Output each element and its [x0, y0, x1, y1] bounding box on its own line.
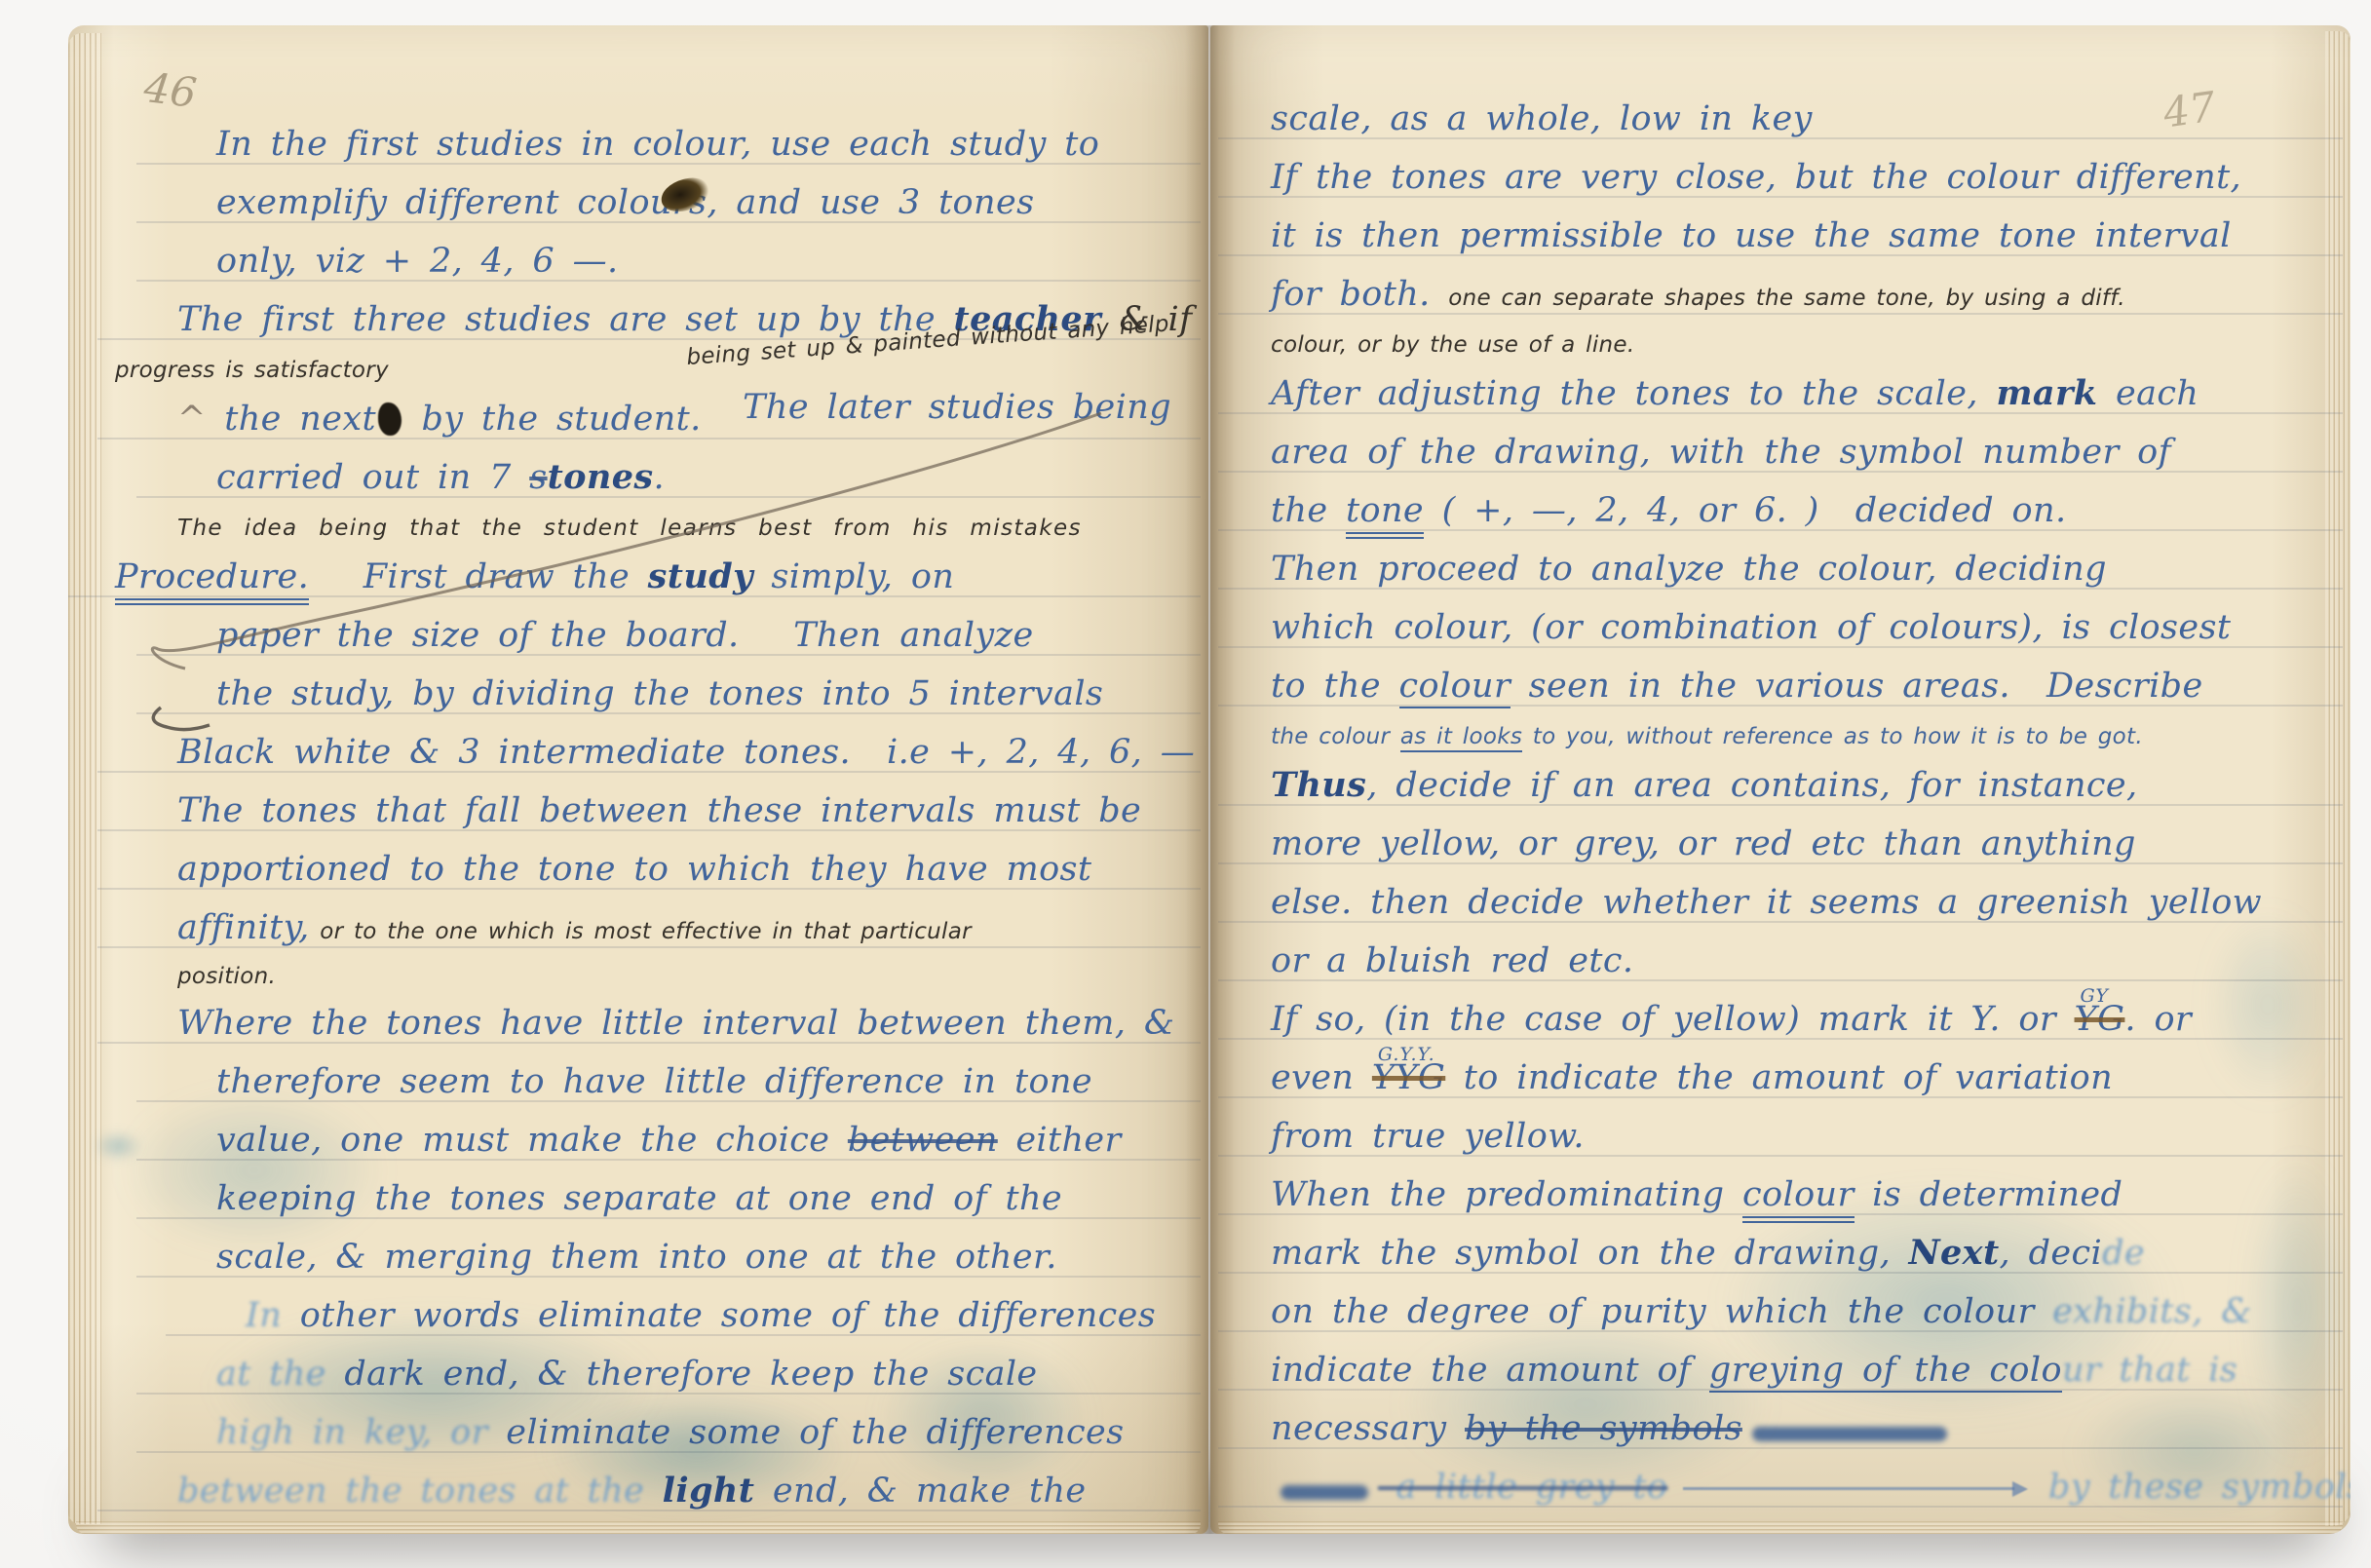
handwritten-line: the tone ( +, —, 2, 4, or 6. ) decided o… [1271, 481, 2317, 540]
handwritten-line: even G.Y.Y.YYG to indicate the amount of… [1271, 1049, 2317, 1107]
correction-text: G.Y.Y. [1378, 1025, 1435, 1084]
text-segment: either [998, 1121, 1122, 1160]
text-segment: other words eliminate some of the differ… [300, 1296, 1156, 1335]
text-segment: de [2102, 1234, 2145, 1273]
handwritten-line: After adjusting the tones to the scale, … [1271, 364, 2317, 423]
text-segment: carried out in 7 [216, 458, 529, 497]
handwritten-line: Thus, decide if an area contains, for in… [1271, 756, 2317, 815]
text-segment: area of the drawing, with the symbol num… [1271, 433, 2171, 472]
handwritten-line: for both. one can separate shapes the sa… [1271, 265, 2317, 324]
text-segment: value, one must make the choice [216, 1121, 848, 1160]
handwritten-line: paper the size of the board. Then analyz… [216, 606, 1171, 665]
handwritten-line: In the first studies in colour, use each… [216, 115, 1171, 173]
text-segment: If the tones are very close, but the col… [1271, 158, 2241, 197]
page-left: 46 In the first studies in colour, use e… [68, 25, 1208, 1534]
text-segment: ur that is [2062, 1351, 2237, 1390]
text-segment: , decide if an area contains, for instan… [1366, 766, 2137, 805]
handwritten-line: The tones that fall between these interv… [177, 782, 1171, 840]
text-segment: ^ [177, 400, 224, 439]
text-segment: affinity, [177, 908, 310, 947]
text-segment: end, & make the [754, 1472, 1086, 1511]
text-segment: When the predominating [1271, 1175, 1742, 1214]
text-segment: by the symbols [1465, 1409, 1742, 1448]
handwritten-line: therefore seem to have little difference… [216, 1052, 1171, 1111]
text-segment: from true yellow. [1271, 1117, 1585, 1156]
text-segment: , deci [2000, 1234, 2103, 1273]
handwritten-line: high in key, or eliminate some of the di… [216, 1403, 1171, 1462]
text-segment: ( +, —, 2, 4, or 6. ) decided on. [1424, 491, 2066, 530]
handwritten-line: area of the drawing, with the symbol num… [1271, 423, 2317, 481]
scribble-mark [1752, 1427, 1947, 1441]
handwritten-line: the colour as it looks to you, without r… [1271, 715, 2317, 756]
handwritten-line: mark the symbol on the drawing, Next, de… [1271, 1224, 2317, 1282]
text-segment: the study, by dividing the tones into 5 … [216, 674, 1103, 713]
notebook-spine [1185, 25, 1236, 1534]
text-segment: The later studies being [743, 378, 1171, 437]
handwritten-line: or a bluish red etc. [1271, 932, 2317, 990]
handwritten-line: colour, or by the use of a line. [1271, 324, 2317, 364]
handwritten-line: apportioned to the tone to which they ha… [177, 840, 1171, 899]
correction-text: GY [2081, 967, 2109, 1025]
handwritten-line: scale, as a whole, low in key [1271, 90, 2317, 148]
text-segment: mark [1996, 373, 2097, 413]
text-segment: dark end, & therefore keep the scale [344, 1355, 1037, 1394]
text-segment: therefore seem to have little difference… [216, 1062, 1092, 1101]
handwritten-line: from true yellow. [1271, 1107, 2317, 1166]
text-segment: each [2097, 374, 2199, 413]
handwritten-line: indicate the amount of greying of the co… [1271, 1341, 2317, 1399]
text-segment: or to the one which is most effective in… [310, 919, 972, 944]
text-segment: . or [2124, 1000, 2192, 1039]
text-segment: at the [216, 1355, 344, 1394]
page-right: 47 scale, as a whole, low in keyIf the t… [1210, 25, 2351, 1534]
text-segment: else. then decide whether it seems a gre… [1271, 883, 2262, 922]
text-segment: keeping the tones separate at one end of… [216, 1179, 1062, 1218]
handwritten-line: value, one must make the choice between … [216, 1111, 1171, 1169]
text-segment: the next [224, 400, 376, 439]
text-segment: paper the size of the board. Then analyz… [216, 616, 1034, 655]
text-segment: or a bluish red etc. [1271, 941, 1633, 980]
text-segment: one can separate shapes the same tone, b… [1448, 286, 2125, 311]
handwritten-line: at the dark end, & therefore keep the sc… [216, 1345, 1171, 1403]
text-segment: colour [1742, 1175, 1855, 1223]
photo-background: 46 In the first studies in colour, use e… [0, 0, 2371, 1568]
handwritten-line: which colour, (or combination of colours… [1271, 598, 2317, 657]
page-right-lines: scale, as a whole, low in keyIf the tone… [1210, 25, 2351, 1534]
text-segment: tone [1346, 491, 1424, 539]
text-segment: progress is satisfactory [115, 358, 389, 383]
text-segment: G.Y.Y.YYG [1372, 1049, 1445, 1107]
handwritten-line: the study, by dividing the tones into 5 … [216, 665, 1171, 723]
text-segment: the [1271, 491, 1346, 530]
text-segment: to you, without reference as to how it i… [1522, 724, 2143, 749]
text-segment: to the [1271, 667, 1399, 706]
text-segment: greying of the colo [1709, 1351, 2062, 1393]
notebook: 46 In the first studies in colour, use e… [68, 25, 2351, 1534]
text-segment: scale, as a whole, low in key [1271, 99, 1813, 138]
text-segment: on the degree of purity which the colour [1271, 1292, 2052, 1331]
text-segment: indicate the amount of [1271, 1351, 1709, 1390]
text-segment: only, viz + 2, 4, 6 —. [216, 242, 619, 281]
text-segment: GYYG [2075, 990, 2125, 1049]
arrow-mark [1683, 1487, 2014, 1490]
text-segment: In the first studies in colour, use each… [216, 125, 1099, 164]
ink-smear [378, 402, 402, 436]
handwritten-line: affinity, or to the one which is most ef… [177, 899, 1171, 957]
text-segment: eliminate some of the differences [506, 1413, 1124, 1452]
handwritten-line: If the tones are very close, but the col… [1271, 148, 2317, 207]
text-segment: exhibits, & [2052, 1292, 2252, 1331]
text-segment: Black white & 3 intermediate tones. i.e … [177, 733, 1195, 772]
text-segment: colour [1399, 667, 1511, 708]
handwritten-line: Then proceed to analyze the colour, deci… [1271, 540, 2317, 598]
text-segment: tones [548, 457, 654, 497]
text-segment: light [663, 1471, 755, 1511]
text-segment: The tones that fall between these interv… [177, 791, 1141, 830]
text-segment: to indicate the amount of variation [1445, 1058, 2113, 1097]
text-segment: . [654, 458, 666, 497]
handwritten-line: more yellow, or grey, or red etc than an… [1271, 815, 2317, 873]
text-segment: the colour [1271, 724, 1400, 749]
text-segment: by these symbols ? [2030, 1468, 2351, 1507]
handwritten-line: it is then permissible to use the same t… [1271, 207, 2317, 265]
handwritten-line: In other words eliminate some of the dif… [246, 1286, 1171, 1345]
handwritten-line: ^ the next by the student.The later stud… [177, 390, 1171, 448]
text-segment: seen in the various areas. Describe [1511, 667, 2202, 706]
text-segment: a little grey to [1378, 1468, 1667, 1507]
text-segment: necessary [1271, 1409, 1465, 1448]
text-segment: Procedure. [115, 557, 309, 605]
text-segment: it is then permissible to use the same t… [1271, 216, 2232, 255]
handwritten-line: carried out in 7 stones. [216, 448, 1171, 507]
handwritten-line: When the predominating colour is determi… [1271, 1166, 2317, 1224]
handwritten-line: else. then decide whether it seems a gre… [1271, 873, 2317, 932]
text-segment: is determined [1855, 1175, 2123, 1214]
page-left-lines: In the first studies in colour, use each… [68, 25, 1208, 1534]
text-segment: position. [177, 964, 276, 989]
text-segment: After adjusting the tones to the scale, [1271, 374, 1996, 413]
text-segment: as it looks [1400, 724, 1522, 752]
handwritten-line: Black white & 3 intermediate tones. i.e … [177, 723, 1171, 782]
text-segment: more yellow, or grey, or red etc than an… [1271, 824, 2136, 863]
text-segment: s [529, 458, 547, 497]
handwritten-line: to the colour seen in the various areas.… [1271, 657, 2317, 715]
handwritten-line: Where the tones have little interval bet… [177, 994, 1171, 1052]
text-segment: by the student. [403, 400, 702, 439]
handwritten-line: position. [177, 957, 1171, 994]
text-segment: Where the tones have little interval bet… [177, 1004, 1174, 1043]
text-segment: simply, on [753, 557, 954, 596]
text-segment: which colour, (or combination of colours… [1271, 608, 2231, 647]
handwritten-line: only, viz + 2, 4, 6 —. [216, 232, 1171, 290]
handwritten-line: keeping the tones separate at one end of… [216, 1169, 1171, 1228]
text-segment: The idea being that the student learns b… [177, 516, 1082, 541]
text-segment: Then proceed to analyze the colour, deci… [1271, 550, 2107, 589]
text-segment: for both. [1271, 275, 1448, 314]
handwritten-line: a little grey to by these symbols ? [1271, 1458, 2317, 1516]
handwritten-line: scale, & merging them into one at the ot… [216, 1228, 1171, 1286]
text-segment: high in key, or [216, 1413, 506, 1452]
text-segment: between [848, 1121, 998, 1160]
text-segment: mark the symbol on the drawing, [1271, 1234, 1909, 1273]
text-segment: First draw the [309, 557, 647, 596]
handwritten-line: The idea being that the student learns b… [177, 507, 1171, 548]
scribble-mark [1281, 1485, 1368, 1500]
text-segment: Thus [1271, 765, 1366, 805]
text-segment: exemplify different colours, and use 3 t… [216, 183, 1034, 222]
text-segment: study [648, 556, 753, 596]
text-segment: even [1271, 1058, 1372, 1097]
text-segment: Next [1909, 1233, 2000, 1273]
text-segment: In [246, 1296, 300, 1335]
handwritten-line: on the degree of purity which the colour… [1271, 1282, 2317, 1341]
text-segment: scale, & merging them into one at the ot… [216, 1238, 1057, 1277]
text-segment: apportioned to the tone to which they ha… [177, 850, 1091, 889]
text-segment: between the tones at the [177, 1472, 663, 1511]
handwritten-line: Procedure. First draw the study simply, … [115, 548, 1171, 606]
handwritten-line: necessary by the symbols [1271, 1399, 2317, 1458]
handwritten-line: between the tones at the light end, & ma… [177, 1462, 1171, 1520]
text-segment: colour, or by the use of a line. [1271, 332, 1634, 358]
